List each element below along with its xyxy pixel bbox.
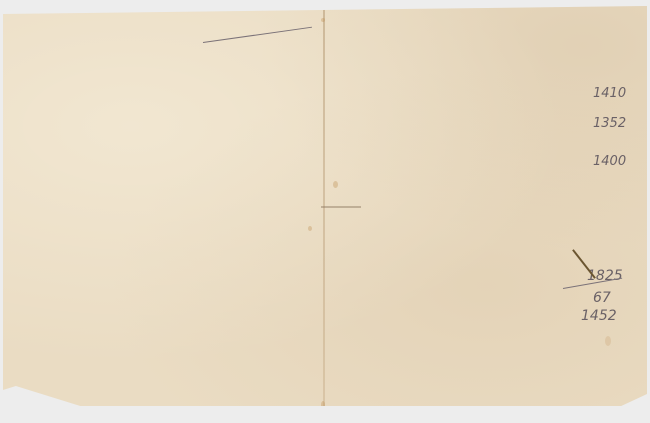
sum-result: 1452 (581, 308, 617, 324)
stain (308, 226, 312, 231)
horizontal-crease (321, 206, 361, 208)
margin-number: 1352 (593, 116, 626, 131)
stain (321, 401, 325, 409)
margin-number: 1400 (593, 154, 626, 169)
stain (333, 181, 338, 188)
pin-mark (572, 249, 596, 279)
sum-subtract: 67 (593, 290, 611, 306)
stain (321, 18, 325, 22)
margin-number: 1410 (593, 86, 626, 101)
heading-underline (203, 27, 312, 43)
stain (605, 336, 611, 346)
letter-paper: בשותפ׳ מאין וסיט די מוזל סך לונע פאקט או… (3, 6, 647, 406)
